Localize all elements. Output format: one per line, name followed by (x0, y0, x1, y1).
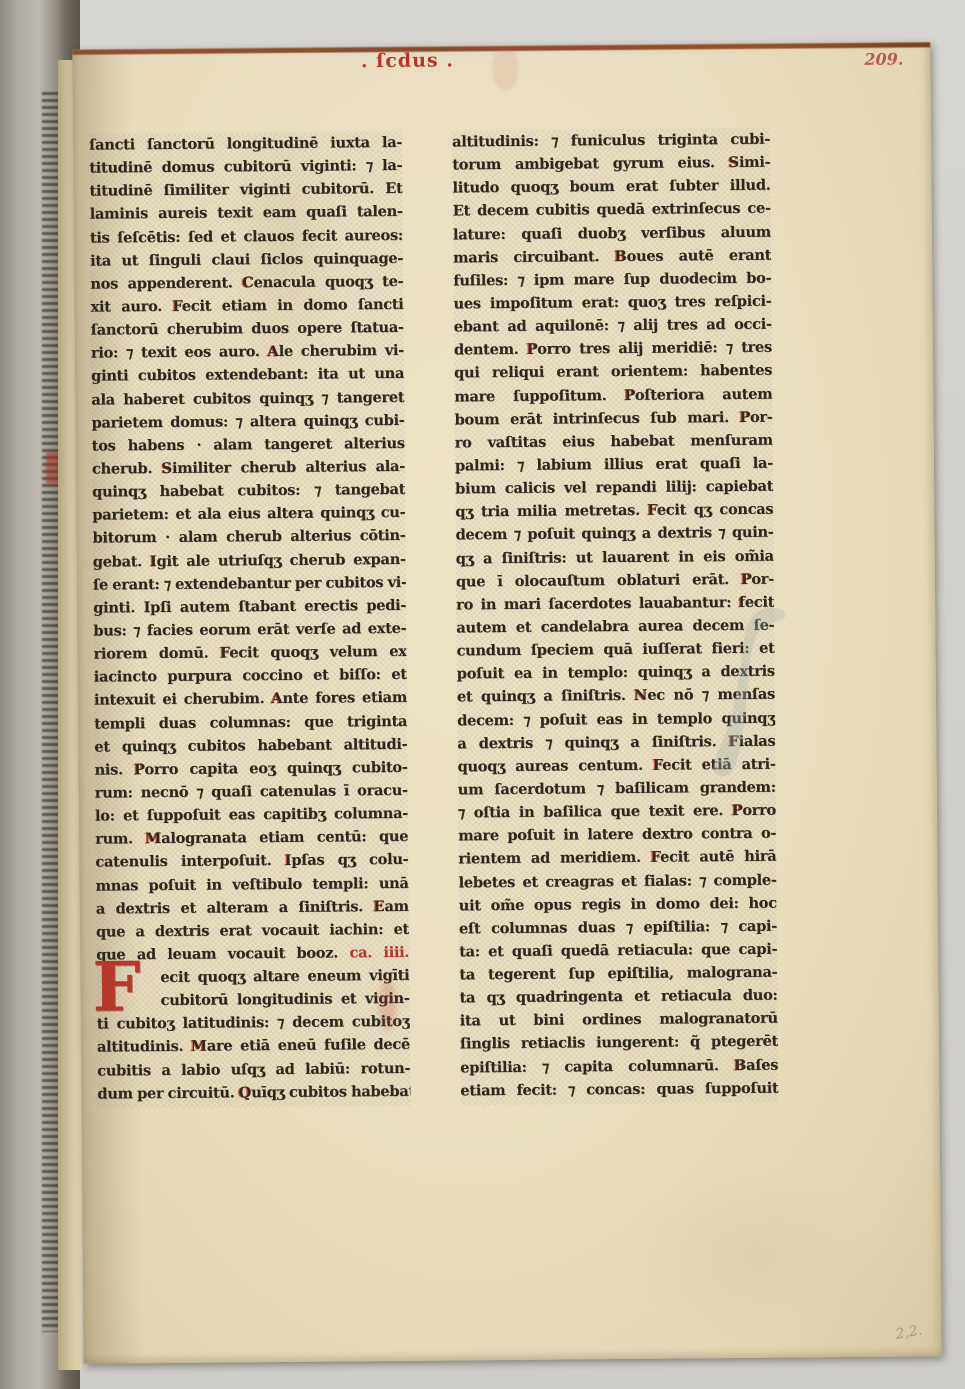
text-segment: ſanctorū cherubim duos opere ſtatua- (91, 319, 404, 339)
text-segment: aſes (746, 1056, 778, 1073)
text-segment: parietem domus: ⁊ altera quinqʒ cubi- (91, 412, 404, 432)
text-segment: ſancti ſanctorū longitudinē iuxta la- (89, 134, 402, 154)
text-segment: orro tres alij meridiē: ⁊ tres (537, 339, 772, 358)
text-segment: A (268, 343, 279, 360)
text-segment: ſinglis retiaclis iungerent: q̃ ptegerēt (460, 1033, 778, 1053)
text-segment: ala haberet cubitos quinqʒ ⁊ tangeret (91, 388, 404, 408)
text-segment: et quinqʒ a ſiniſtris. (457, 687, 634, 706)
text-segment: M (145, 830, 161, 847)
text-line: nos appenderent. Cenacula quoqʒ te- (90, 270, 403, 296)
text-line: boum erāt intrinſecus ſub mari. Por- (454, 405, 772, 431)
text-segment: nos appenderent. (90, 274, 242, 292)
text-line: lebetes et creagras et fialas: ⁊ comple- (458, 868, 776, 894)
text-segment: F (651, 849, 660, 866)
text-segment: cubitorū longitudinis et vigin- (161, 990, 410, 1009)
text-segment: etiam fecit: ⁊ concas: quas ſuppoſuit (460, 1079, 778, 1099)
text-segment: lebetes et creagras et fialas: ⁊ comple- (458, 871, 776, 891)
red-ink-smudge (378, 979, 396, 1031)
ink-offset-ghost (492, 48, 518, 90)
text-line: ta: et quaſi quedā retiacula: que capi- (459, 938, 777, 964)
running-title: . ſcd̃us . (322, 49, 492, 72)
text-segment: nte fores etiam (282, 689, 407, 707)
text-segment: maris circuibant. (453, 248, 615, 266)
text-segment: oues autē erant (627, 246, 772, 264)
text-segment: S (162, 460, 172, 477)
text-line: torum ambigebat gyrum eius. Simi- (452, 151, 770, 177)
text-segment: mare poſuit in latere dextro contra o- (458, 825, 776, 845)
text-line: rientem ad meridiem. Fecit autē hirā (458, 845, 776, 871)
text-line: riorem domū. Fecit quoqʒ velum ex (93, 640, 406, 666)
text-segment: gebat. (93, 553, 150, 570)
pencil-corner-annotation: 2,2. (894, 1322, 923, 1343)
text-line: intexuit ei cherubim. Ante fores etiam (94, 686, 407, 712)
text-line: cherub. Similiter cherub alterius ala- (92, 455, 405, 481)
text-line: quinqʒ habebat cubitos: ⁊ tangebat (92, 478, 405, 504)
text-segment: iacincto purpura coccino et biſſo: et (94, 666, 407, 686)
text-segment: P (527, 341, 537, 358)
text-segment: ro in mari ſacerdotes lauabantur: (456, 594, 739, 613)
text-segment: riorem domū. (93, 645, 220, 663)
text-line: maris circuibant. Boues autē erant (453, 243, 771, 269)
text-segment: bium calicis vel repandi lilij: capiebat (455, 478, 773, 498)
text-segment: nis. (94, 761, 134, 778)
text-line: Et decem cubitis quedā extrinſecus ce- (453, 197, 771, 223)
folio-number: 209. (864, 49, 934, 69)
text-segment: imi- (739, 154, 771, 171)
text-line: palmi: ⁊ labium illius erat quaſi la- (455, 452, 773, 478)
text-line: bus: ⁊ facies eorum erāt verſe ad exte- (93, 617, 406, 643)
text-segment: Et decem cubitis quedā extrinſecus ce- (453, 200, 771, 220)
text-line: ſanctorū cherubim duos opere ſtatua- (91, 316, 404, 342)
text-segment: intexuit ei cherubim. (94, 690, 272, 709)
text-segment: P (732, 802, 742, 819)
text-line: mare poſuit in latere dextro contra o- (458, 822, 776, 848)
text-line: que a dextris erat vocauit iachin: et (96, 918, 409, 944)
text-segment: mnas poſuit in veſtibulo templi: unā (96, 874, 409, 894)
text-line: ebant ad aquilonē: ⁊ alij tres ad occi- (454, 313, 772, 339)
text-line: fuſiles: ⁊ ipm mare ſup duodecim bo- (453, 267, 771, 293)
text-line: ginti cubitos extendebant: ita ut una (91, 362, 404, 388)
text-segment: P (740, 409, 750, 426)
text-line: titudinē ſimiliter viginti cubitorū. Et (89, 177, 402, 203)
text-line: ginti. Ipſi autem ſtabant erectis pedi- (93, 594, 406, 620)
text-line: iacincto purpura coccino et biſſo: et (94, 663, 407, 689)
text-segment: catenulis interpoſuit. (95, 852, 285, 871)
text-segment: dentem. (454, 341, 527, 359)
text-segment: que a dextris erat vocauit iachin: et (96, 921, 409, 941)
text-segment: ta: et quaſi quedā retiacula: que capi- (459, 941, 777, 961)
text-line: rum: necnō ⁊ quaſi catenulas ī oracu- (95, 779, 408, 805)
text-line: laminis aureis texit eam quaſi talen- (90, 200, 403, 226)
text-line: ta tegerent ſup epiſtilia, malograna- (459, 961, 777, 987)
text-line: ita ut bini ordines malogranatorū (460, 1007, 778, 1033)
text-segment: ſe erant: ⁊ extendebantur per cubitos vi… (93, 574, 406, 594)
text-segment: quinqʒ habebat cubitos: ⁊ tangebat (92, 481, 405, 501)
text-segment: altitudinis. (97, 1038, 191, 1056)
text-line: et quinqʒ cubitos habebant altitudi- (94, 733, 407, 759)
text-line: templi duas columnas: que triginta (94, 709, 407, 735)
text-segment: fuſiles: ⁊ ipm mare ſup duodecim bo- (453, 270, 771, 290)
manuscript-page: . ſcd̃us . 209. F ſancti ſanctorū longit… (72, 42, 941, 1363)
text-segment: torum ambigebat gyrum eius. (452, 154, 728, 173)
text-segment: et quinqʒ cubitos habebant altitudi- (94, 736, 407, 756)
text-line: epiſtilia: ⁊ capita columnarū. Baſes (460, 1053, 778, 1079)
text-line: altitudinis: ⁊ funiculus triginta cubi- (452, 128, 770, 154)
text-segment: B (734, 1057, 746, 1074)
text-segment: uit om̃e opus regis in domo dei: hoc (459, 894, 777, 914)
text-line: tos habens · alam tangeret alterius (92, 432, 405, 458)
text-line: lature: quaſi duobʒ verſibus aluum (453, 220, 771, 246)
text-segment: a dextris ⁊ quinqʒ a ſiniſtris. (457, 733, 728, 752)
text-segment: ti cubitoʒ latitudinis: ⁊ decem cubitoʒ (97, 1013, 410, 1033)
chapter-rubric: ca. iiii. (349, 944, 409, 962)
text-segment: mare ſuppoſitum. (454, 387, 624, 405)
text-segment: ebant ad aquilonē: ⁊ alij tres ad occi- (454, 316, 772, 336)
text-segment: am (384, 898, 408, 915)
text-segment: ita ut ſinguli claui ſiclos quinquage- (90, 250, 403, 270)
text-segment: enacula quoqʒ te- (254, 273, 404, 291)
text-line: altitudinis. Mare etiā eneū fuſile decē (97, 1033, 410, 1059)
text-line: parietem domus: ⁊ altera quinqʒ cubi- (91, 409, 404, 435)
text-segment: lo: et ſuppoſuit eas capitibʒ columna- (95, 805, 408, 825)
text-segment: rum. (95, 830, 145, 847)
text-line: que ī olocauſtum oblaturi erāt. Por- (456, 567, 774, 593)
text-line: decem ⁊ poſuit quinqʒ a dextris ⁊ quin- (455, 521, 773, 547)
text-line: gebat. Igit ale utriuſqʒ cherub expan- (93, 547, 406, 573)
text-segment: ta tegerent ſup epiſtilia, malograna- (459, 964, 777, 984)
text-segment: ecit autē hirā (660, 848, 776, 866)
text-segment: quoqʒ aureas centum. (457, 757, 653, 776)
text-line: dentem. Porro tres alij meridiē: ⁊ tres (454, 336, 772, 362)
text-segment: E (374, 898, 385, 915)
text-segment: laminis aureis texit eam quaſi talen- (90, 203, 403, 223)
text-segment: xit auro. (90, 298, 172, 316)
text-segment: pſas qʒ colu- (291, 851, 408, 869)
text-line: ala haberet cubitos quinqʒ ⁊ tangeret (91, 385, 404, 411)
text-segment: palmi: ⁊ labium illius erat quaſi la- (455, 455, 773, 475)
text-line: dum per circuitū. Quīqʒ cubitos habebat (97, 1080, 410, 1106)
text-segment: ues impoſitum erat: quoʒ tres reſpici- (453, 293, 771, 313)
text-segment: uīqʒ cubitos habebat (251, 1083, 410, 1101)
text-line: ſe erant: ⁊ extendebantur per cubitos vi… (93, 571, 406, 597)
text-segment: qui reliqui erant orientem: habentes (454, 362, 772, 382)
text-line: bium calicis vel repandi lilij: capiebat (455, 475, 773, 501)
text-line: ſancti ſanctorū longitudinē iuxta la- (89, 131, 402, 157)
text-segment: ⁊ oſtia in baſilica que texit ere. (458, 802, 732, 821)
text-segment: epiſtilia: ⁊ capita columnarū. (460, 1057, 734, 1076)
text-segment: tos habens · alam tangeret alterius (92, 435, 405, 455)
text-segment: qʒ tria milia metretas. (455, 502, 647, 521)
text-segment: imiliter cherub alterius ala- (172, 458, 405, 477)
text-column-left: F ſancti ſanctorū longitudinē iuxta la-t… (89, 131, 410, 1109)
text-segment: ecit etiam in domo ſancti (182, 296, 404, 315)
text-line: bitorum · alam cherub alterius cōtin- (92, 524, 405, 550)
text-segment: rientem ad meridiem. (458, 849, 651, 868)
text-line: lo: et ſuppoſuit eas capitibʒ columna- (95, 802, 408, 828)
text-line: litudo quoqʒ boum erat ſubter illud. (452, 174, 770, 200)
text-line: ⁊ oſtia in baſilica que texit ere. Porro (458, 799, 776, 825)
text-segment: orro capita eoʒ quinqʒ cubito- (144, 759, 407, 778)
text-line: ita ut ſinguli claui ſiclos quinquage- (90, 247, 403, 273)
text-segment: F (220, 645, 229, 662)
text-segment: le cherubim vi- (279, 342, 404, 360)
text-segment: orro (742, 802, 776, 819)
text-segment: A (271, 690, 282, 707)
text-segment: ginti cubitos extendebant: ita ut una (91, 365, 404, 385)
text-segment: titudinē ſimiliter viginti cubitorū. Et (89, 180, 402, 200)
text-line: cubitis a labio uſqʒ ad labiū: rotun- (97, 1056, 410, 1082)
text-line: qʒ tria milia metretas. Fecit qʒ concas (455, 498, 773, 524)
text-segment: eſt columnas duas ⁊ epiſtilia: ⁊ capi- (459, 917, 777, 937)
text-segment: ta qʒ quadringenta et retiacula duo: (459, 987, 777, 1007)
text-line: mare ſuppoſitum. Poſteriora autem (454, 382, 772, 408)
text-line: ta qʒ quadringenta et retiacula duo: (459, 984, 777, 1010)
text-segment: ecit qʒ concas (657, 501, 774, 519)
text-segment: cubitis a labio uſqʒ ad labiū: rotun- (97, 1059, 410, 1079)
text-segment: que ī olocauſtum oblaturi erāt. (456, 571, 741, 590)
text-segment: templi duas columnas: que triginta (94, 712, 407, 732)
text-segment: P (134, 761, 144, 778)
text-segment: git ale utriuſqʒ cherub expan- (157, 550, 406, 569)
text-segment: titudinē domus cubitorū viginti: ⁊ la- (89, 157, 402, 177)
text-segment: S (729, 154, 739, 171)
text-line: etiam fecit: ⁊ concas: quas ſuppoſuit (460, 1076, 778, 1102)
text-line: nis. Porro capita eoʒ quinqʒ cubito- (94, 756, 407, 782)
text-line: rum. Malogranata etiam centū: que (95, 825, 408, 851)
text-line: xit auro. Fecit etiam in domo ſancti (90, 293, 403, 319)
text-segment: or- (750, 408, 773, 425)
text-line: parietem: et ala eius altera quinqʒ cu- (92, 501, 405, 527)
text-segment: M (191, 1038, 207, 1055)
text-line: titudinē domus cubitorū viginti: ⁊ la- (89, 154, 402, 180)
text-line: qʒ a ſiniſtris: ut lauarent in eis om̃ia (456, 544, 774, 570)
text-segment: rum: necnō ⁊ quaſi catenulas ī oracu- (95, 782, 408, 802)
text-segment: Q (239, 1084, 252, 1101)
text-line: tis ſeſcētis: ſed et clauos fecit aureos… (90, 223, 403, 249)
text-line: mnas poſuit in veſtibulo templi: unā (95, 871, 408, 897)
text-line: rio: ⁊ texit eos auro. Ale cherubim vi- (91, 339, 404, 365)
parchment-stain (622, 1163, 884, 1345)
text-segment: ecit quoqʒ altare eneum vigīti (160, 967, 409, 986)
text-segment: boum erāt intrinſecus ſub mari. (454, 409, 739, 428)
text-segment: qʒ a ſiniſtris: ut lauarent in eis om̃ia (456, 547, 774, 567)
text-segment: N (634, 687, 647, 704)
text-segment: alogranata etiam centū: que (161, 828, 408, 847)
text-segment: rio: ⁊ texit eos auro. (91, 343, 268, 362)
text-segment: or- (751, 570, 774, 587)
text-segment: oſteriora autem (635, 385, 773, 403)
text-line: eſt columnas duas ⁊ epiſtilia: ⁊ capi- (459, 914, 777, 940)
text-segment: ro vaſtitas eius habebat menſuram (455, 431, 773, 451)
text-segment: P (741, 571, 751, 588)
text-segment: cherub. (92, 460, 162, 478)
text-segment: ita ut bini ordines malogranatorū (460, 1010, 778, 1030)
text-segment: decem ⁊ poſuit quinqʒ a dextris ⁊ quin- (455, 524, 773, 544)
text-segment: ecit quoqʒ velum ex (229, 643, 406, 662)
text-segment: parietem: et ala eius altera quinqʒ cu- (92, 504, 405, 524)
chapter-initial-drop-cap: F (92, 962, 154, 1015)
text-segment: F (653, 756, 662, 773)
text-segment: dum per circuitū. (97, 1084, 239, 1102)
text-segment: altitudinis: ⁊ funiculus triginta cubi- (452, 131, 770, 151)
text-line: a dextris et alteram a ſiniſtris. Eam (96, 895, 409, 921)
text-segment: a dextris et alteram a ſiniſtris. (96, 898, 374, 917)
text-segment: C (242, 274, 253, 291)
text-segment: tis ſeſcētis: ſed et clauos fecit aureos… (90, 226, 403, 246)
text-segment: B (615, 248, 627, 265)
text-segment: are etiā eneū fuſile decē (207, 1036, 410, 1055)
text-line: qui reliqui erant orientem: habentes (454, 359, 772, 385)
text-segment: lature: quaſi duobʒ verſibus aluum (453, 223, 771, 243)
text-segment: bus: ⁊ facies eorum erāt verſe ad exte- (93, 620, 406, 640)
text-segment: ginti. Ipſi autem ſtabant erectis pedi- (93, 597, 406, 617)
text-segment: bitorum · alam cherub alterius cōtin- (92, 527, 405, 547)
text-line: catenulis interpoſuit. Ipſas qʒ colu- (95, 848, 408, 874)
text-line: uit om̃e opus regis in domo dei: hoc (459, 891, 777, 917)
text-line: ſinglis retiaclis iungerent: q̃ ptegerēt (460, 1030, 778, 1056)
showthrough-stain (699, 603, 801, 784)
text-line: ro vaſtitas eius habebat menſuram (455, 428, 773, 454)
text-segment: litudo quoqʒ boum erat ſubter illud. (452, 177, 770, 197)
text-line: ues impoſitum erat: quoʒ tres reſpici- (453, 290, 771, 316)
